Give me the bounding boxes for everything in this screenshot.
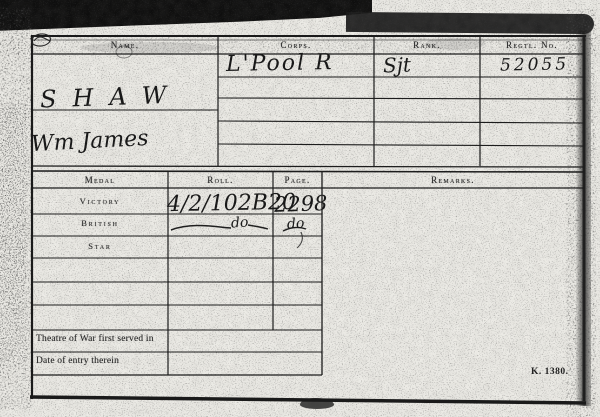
forenames-entry: Wm James [31, 128, 150, 156]
british-page-ditto: do [287, 216, 305, 231]
surname-entry: SHAW [40, 83, 183, 112]
theatre-of-war-label: Theatre of War first served in [36, 334, 154, 344]
name-column-header: Name. [32, 40, 218, 50]
page-table-header: Page. [273, 175, 322, 185]
scanned-medal-index-card: Name. Corps. Rank. Regtl. No. SHAW Wm Ja… [0, 0, 600, 417]
scan-right-edge-shadow [576, 30, 591, 406]
rank-entry: Sjt [383, 55, 412, 76]
scan-black-band [0, 0, 372, 32]
medal-table-header: Medal [32, 175, 168, 185]
british-roll-ditto: do [231, 215, 249, 230]
victory-page-entry: 2298 [274, 193, 328, 216]
medal-row-star-label: Star [32, 241, 168, 251]
corps-entry: L'Pool R [226, 52, 334, 76]
scan-top-edge-shadow [346, 12, 594, 34]
scan-ink-blot [300, 398, 334, 409]
form-code: K. 1380. [531, 367, 569, 377]
rank-column-header: Rank. [374, 40, 480, 50]
medal-row-victory-label: Victory [32, 196, 168, 206]
medal-row-british-label: British [32, 218, 168, 228]
roll-table-header: Roll. [168, 175, 273, 185]
regtl-no-column-header: Regtl. No. [480, 40, 584, 50]
remarks-table-header: Remarks. [322, 175, 584, 185]
corps-column-header: Corps. [218, 40, 374, 50]
date-of-entry-label: Date of entry therein [36, 356, 119, 366]
regtl-no-entry: 52055 [500, 56, 569, 74]
